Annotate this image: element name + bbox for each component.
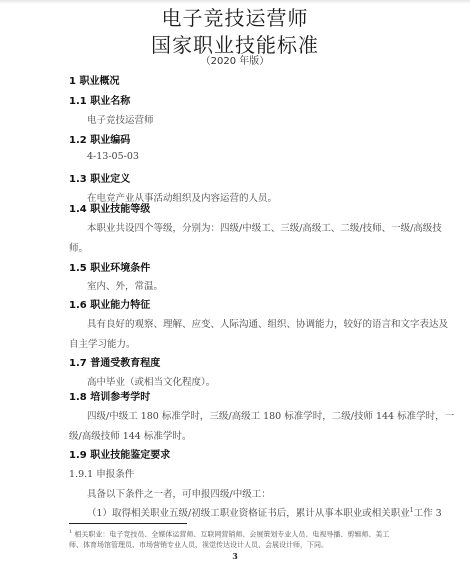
section-text-1-1: 电子竞技运营师	[87, 112, 154, 126]
item-1-text: （1）取得相关职业五级/初级工职业资格证书后，累计从事本职业或相关职业	[87, 508, 410, 519]
subsection-intro: 具备以下条件之一者，可申报四级/中级工：	[87, 486, 271, 500]
footnote-text-1: 相关职业：电子竞技员、全媒体运营师、互联网营销师、会展策划专业人员、电视导播、剪…	[74, 530, 389, 538]
item-1-tail: 工作 3	[414, 508, 442, 519]
page-number: 3	[0, 551, 470, 561]
document-title: 电子竞技运营师	[0, 2, 470, 31]
section-text-1-5: 室内、外，常温。	[87, 278, 163, 292]
section-heading-1-4: 1.4 职业技能等级	[69, 200, 150, 215]
section-text-1-2: 4-13-05-03	[87, 151, 139, 162]
footnote-divider	[69, 523, 187, 524]
section-text-1-4-line2: 师。	[69, 240, 88, 254]
section-text-1-6-line1: 具有良好的观察、理解、应变、人际沟通、组织、协调能力，较好的语言和文字表达及	[87, 316, 448, 330]
section-heading-1: 1 职业概况	[69, 72, 119, 87]
subsection-heading-1-9-1: 1.9.1 申报条件	[69, 466, 134, 480]
section-heading-1-1: 1.1 职业名称	[69, 92, 130, 107]
section-heading-1-9: 1.9 职业技能鉴定要求	[69, 446, 170, 461]
section-heading-1-3: 1.3 职业定义	[69, 170, 130, 185]
section-text-1-7: 高中毕业（或相当文化程度）。	[87, 374, 215, 388]
section-text-1-4-line1: 本职业共设四个等级，分别为：四级/中级工、三级/高级工、二级/技师、一级/高级技	[87, 220, 442, 234]
section-heading-1-8: 1.8 培训参考学时	[69, 388, 150, 403]
section-heading-1-7: 1.7 普通受教育程度	[69, 354, 160, 369]
section-heading-1-5: 1.5 职业环境条件	[69, 259, 150, 274]
edition-label: （2020 年版）	[0, 52, 470, 67]
section-heading-1-2: 1.2 职业编码	[69, 131, 130, 146]
subsection-item-1: （1）取得相关职业五级/初级工职业资格证书后，累计从事本职业或相关职业1工作 3	[87, 505, 442, 519]
section-text-1-6-line2: 自主学习能力。	[69, 336, 136, 350]
section-heading-1-6: 1.6 职业能力特征	[69, 296, 150, 311]
section-text-1-8-line1: 四级/中级工 180 标准学时，三级/高级工 180 标准学时，二级/技师 14…	[87, 408, 454, 422]
footnote-line1: 1 相关职业：电子竞技员、全媒体运营师、互联网营销师、会展策划专业人员、电视导播…	[69, 529, 389, 539]
section-text-1-8-line2: 级/高级技师 144 标准学时。	[69, 428, 191, 442]
footnote-line2: 师、体育场馆管理员、市场营销专业人员、视觉传达设计人员、会展设计师，下同。	[69, 540, 328, 550]
footnote-marker: 1	[69, 529, 72, 535]
